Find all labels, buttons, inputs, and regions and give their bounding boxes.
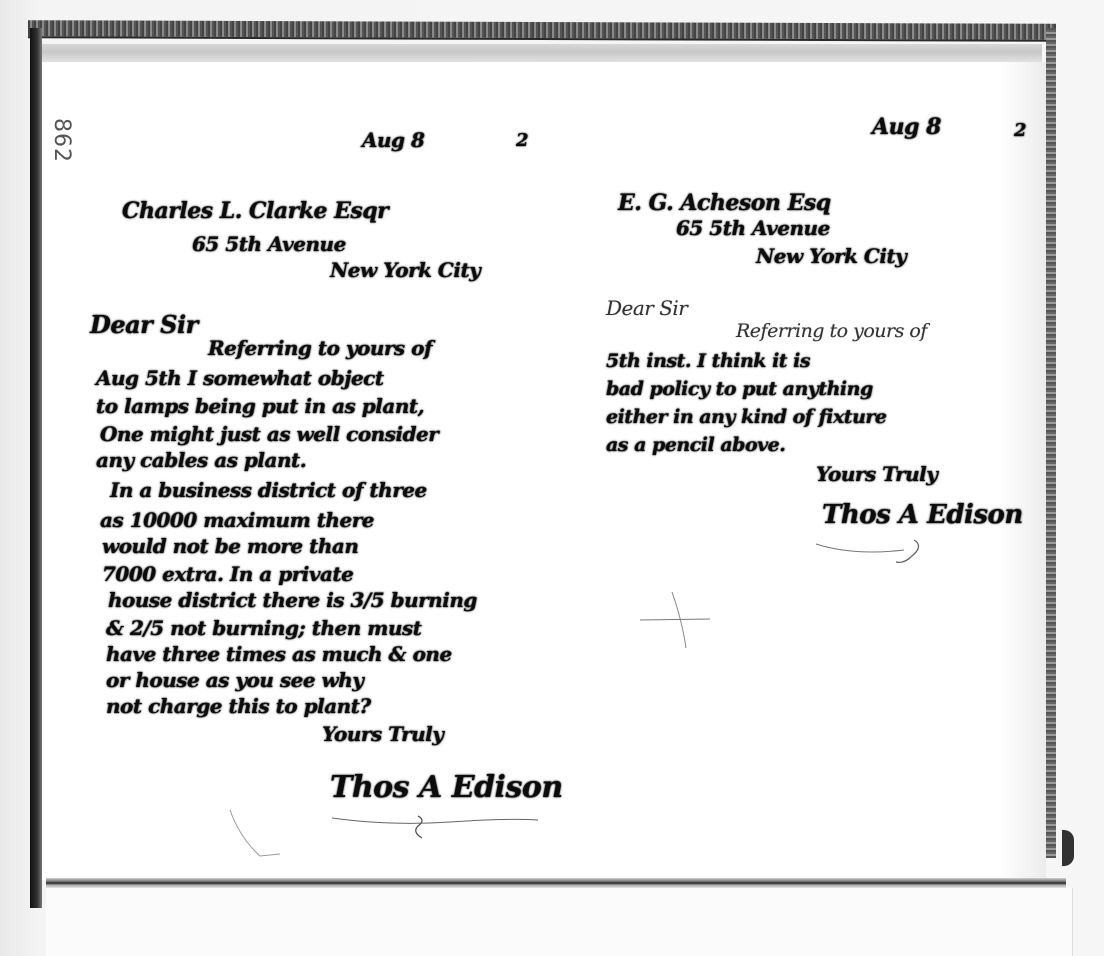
salutation: Dear Sir	[90, 310, 198, 339]
signature-flourish-icon	[330, 812, 540, 842]
book-corner	[1062, 830, 1074, 866]
closing: Yours Truly	[816, 462, 937, 486]
binding-tape-strip	[42, 44, 1042, 64]
salutation: Dear Sir	[606, 296, 687, 320]
body-line: Referring to yours of	[736, 320, 927, 342]
page-number: 862	[49, 118, 74, 163]
book-binding-top	[28, 20, 1056, 42]
letter-date: Aug 8	[362, 128, 424, 152]
body-line: or house as you see why	[106, 668, 363, 692]
closing: Yours Truly	[322, 722, 443, 746]
signature: Thos A Edison	[330, 770, 563, 805]
body-line: 5th inst. I think it is	[606, 350, 810, 372]
body-line: either in any kind of fixture	[606, 406, 887, 428]
recipient-name: E. G. Acheson Esq	[618, 190, 831, 216]
pencil-cross-mark-icon	[640, 590, 720, 650]
next-page-edge	[46, 888, 1073, 956]
body-line: bad policy to put anything	[606, 378, 873, 400]
page-bottom-edge	[46, 878, 1066, 888]
body-line: & 2/5 not burning; then must	[106, 616, 421, 640]
book-binding-left	[30, 28, 42, 908]
body-line: have three times as much & one	[106, 642, 452, 666]
body-line: In a business district of three	[110, 478, 427, 502]
page-edge-shadow	[1000, 62, 1046, 880]
body-line: as a pencil above.	[606, 434, 785, 456]
recipient-city: New York City	[756, 244, 906, 268]
body-line: as 10000 maximum there	[100, 508, 374, 532]
body-line: 7000 extra. In a private	[102, 562, 353, 586]
recipient-city: New York City	[330, 258, 480, 282]
letter-date-suffix: 2	[516, 130, 528, 151]
book-binding-right	[1046, 28, 1056, 858]
body-line: any cables as plant.	[96, 448, 306, 472]
body-line: would not be more than	[102, 534, 358, 558]
body-line: One might just as well consider	[100, 422, 438, 446]
body-line: not charge this to plant?	[106, 694, 371, 718]
body-line: Referring to yours of	[208, 336, 432, 360]
body-line: Aug 5th I somewhat object	[96, 366, 384, 390]
body-line: to lamps being put in as plant,	[96, 394, 424, 418]
body-line: house district there is 3/5 burning	[108, 588, 477, 612]
signature-flourish-icon	[814, 536, 1034, 570]
pencil-stroke-mark-icon	[220, 808, 290, 858]
letter-date: Aug 8	[872, 114, 941, 140]
recipient-name: Charles L. Clarke Esqr	[122, 198, 388, 224]
recipient-street: 65 5th Avenue	[676, 216, 830, 240]
recipient-street: 65 5th Avenue	[192, 232, 346, 256]
letter-date-suffix: 2	[1014, 120, 1026, 141]
signature: Thos A Edison	[822, 500, 1023, 530]
